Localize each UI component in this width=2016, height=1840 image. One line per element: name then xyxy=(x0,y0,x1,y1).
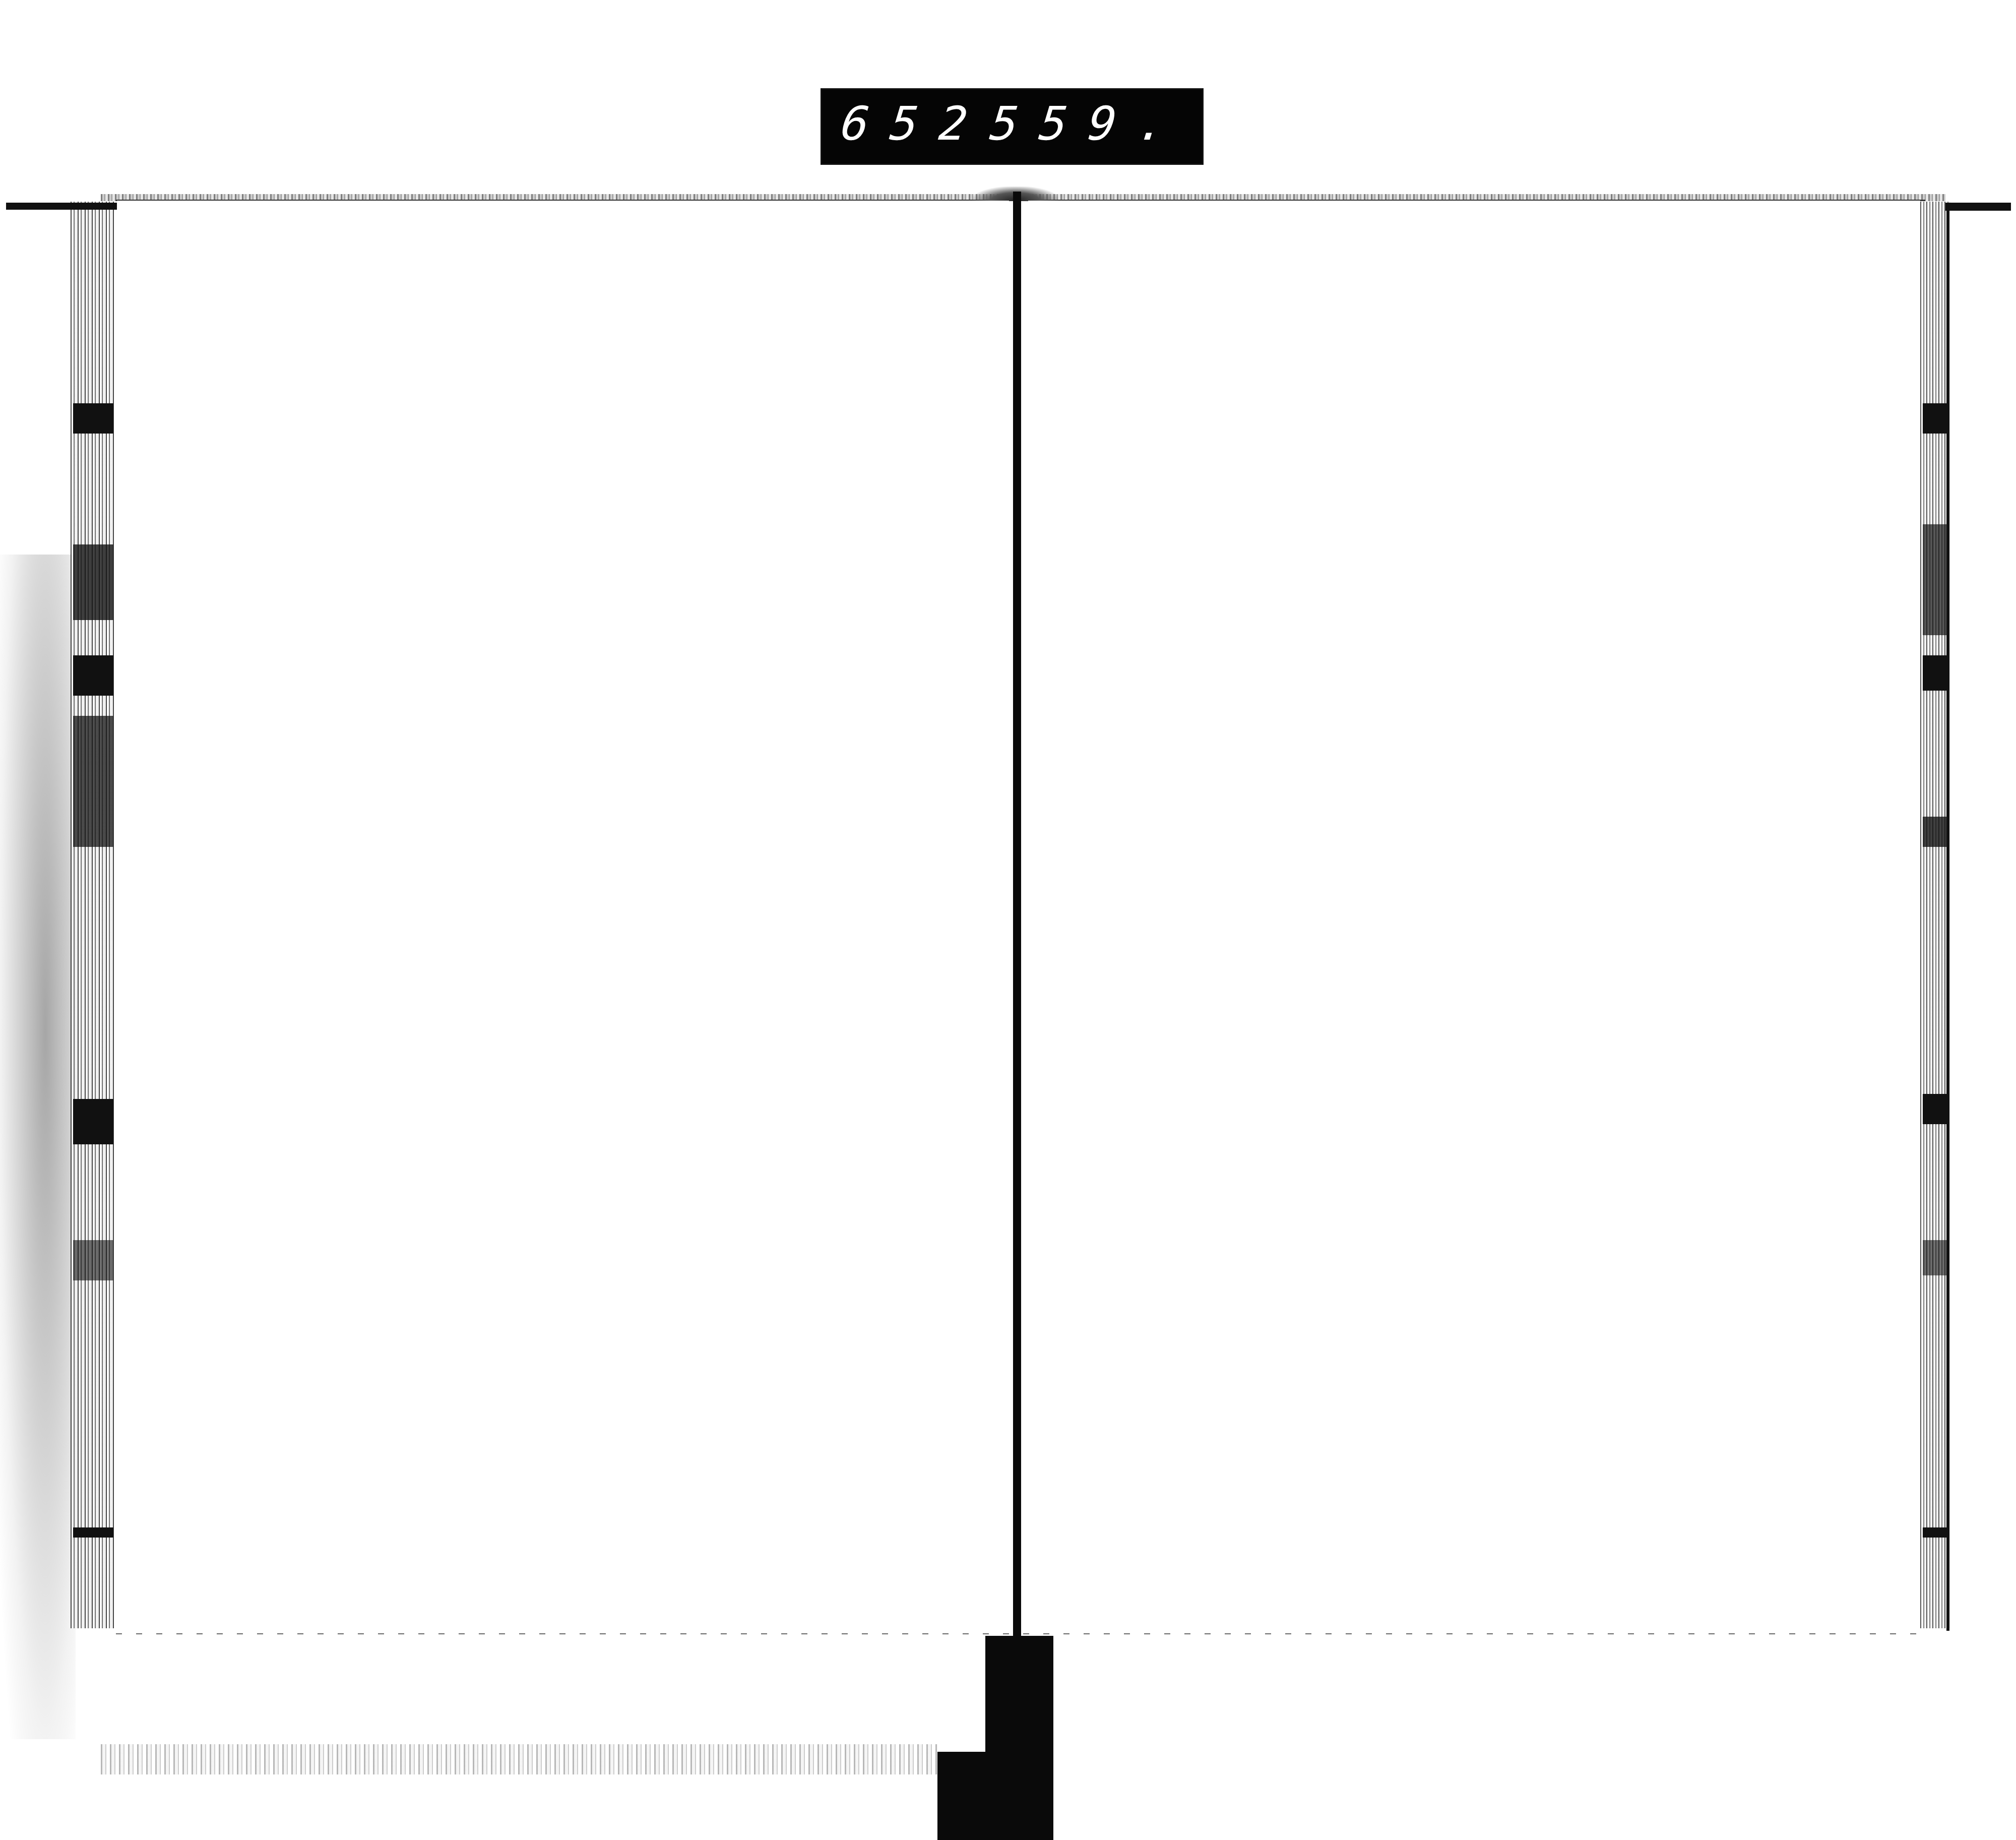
left-stack-band xyxy=(73,1240,113,1280)
right-stack-band xyxy=(1923,1240,1948,1275)
shelfmark-label: 652 559. xyxy=(821,88,1204,165)
spine-block xyxy=(985,1636,1053,1840)
shelfmark-right-number: 559. xyxy=(988,101,1189,147)
cover-edge-right xyxy=(1945,203,2011,211)
left-stack-band xyxy=(73,716,113,847)
right-stack-band xyxy=(1923,655,1948,691)
right-stack-band xyxy=(1923,403,1948,434)
right-stack-band xyxy=(1923,817,1948,847)
shelfmark-left-number: 652 xyxy=(839,101,991,147)
left-stack-band xyxy=(73,1527,113,1538)
left-edge-shadow xyxy=(0,555,76,1739)
left-stack-band xyxy=(73,544,113,620)
left-stack-band xyxy=(73,655,113,696)
left-stack-band xyxy=(73,1099,113,1144)
book-gutter xyxy=(1013,192,1021,1643)
left-bottom-edge xyxy=(101,1744,937,1774)
left-stack-band xyxy=(73,403,113,434)
cover-edge-left xyxy=(6,203,117,210)
right-stack-band xyxy=(1923,1527,1948,1538)
right-stack-band xyxy=(1923,1094,1948,1124)
left-page xyxy=(117,201,1009,1627)
right-page xyxy=(1028,201,1920,1627)
right-stack-band xyxy=(1923,524,1948,635)
book-scan: 652 559. xyxy=(0,0,2016,1840)
page-bottom-edge xyxy=(116,1633,1920,1634)
spine-block-lower xyxy=(937,1752,993,1840)
